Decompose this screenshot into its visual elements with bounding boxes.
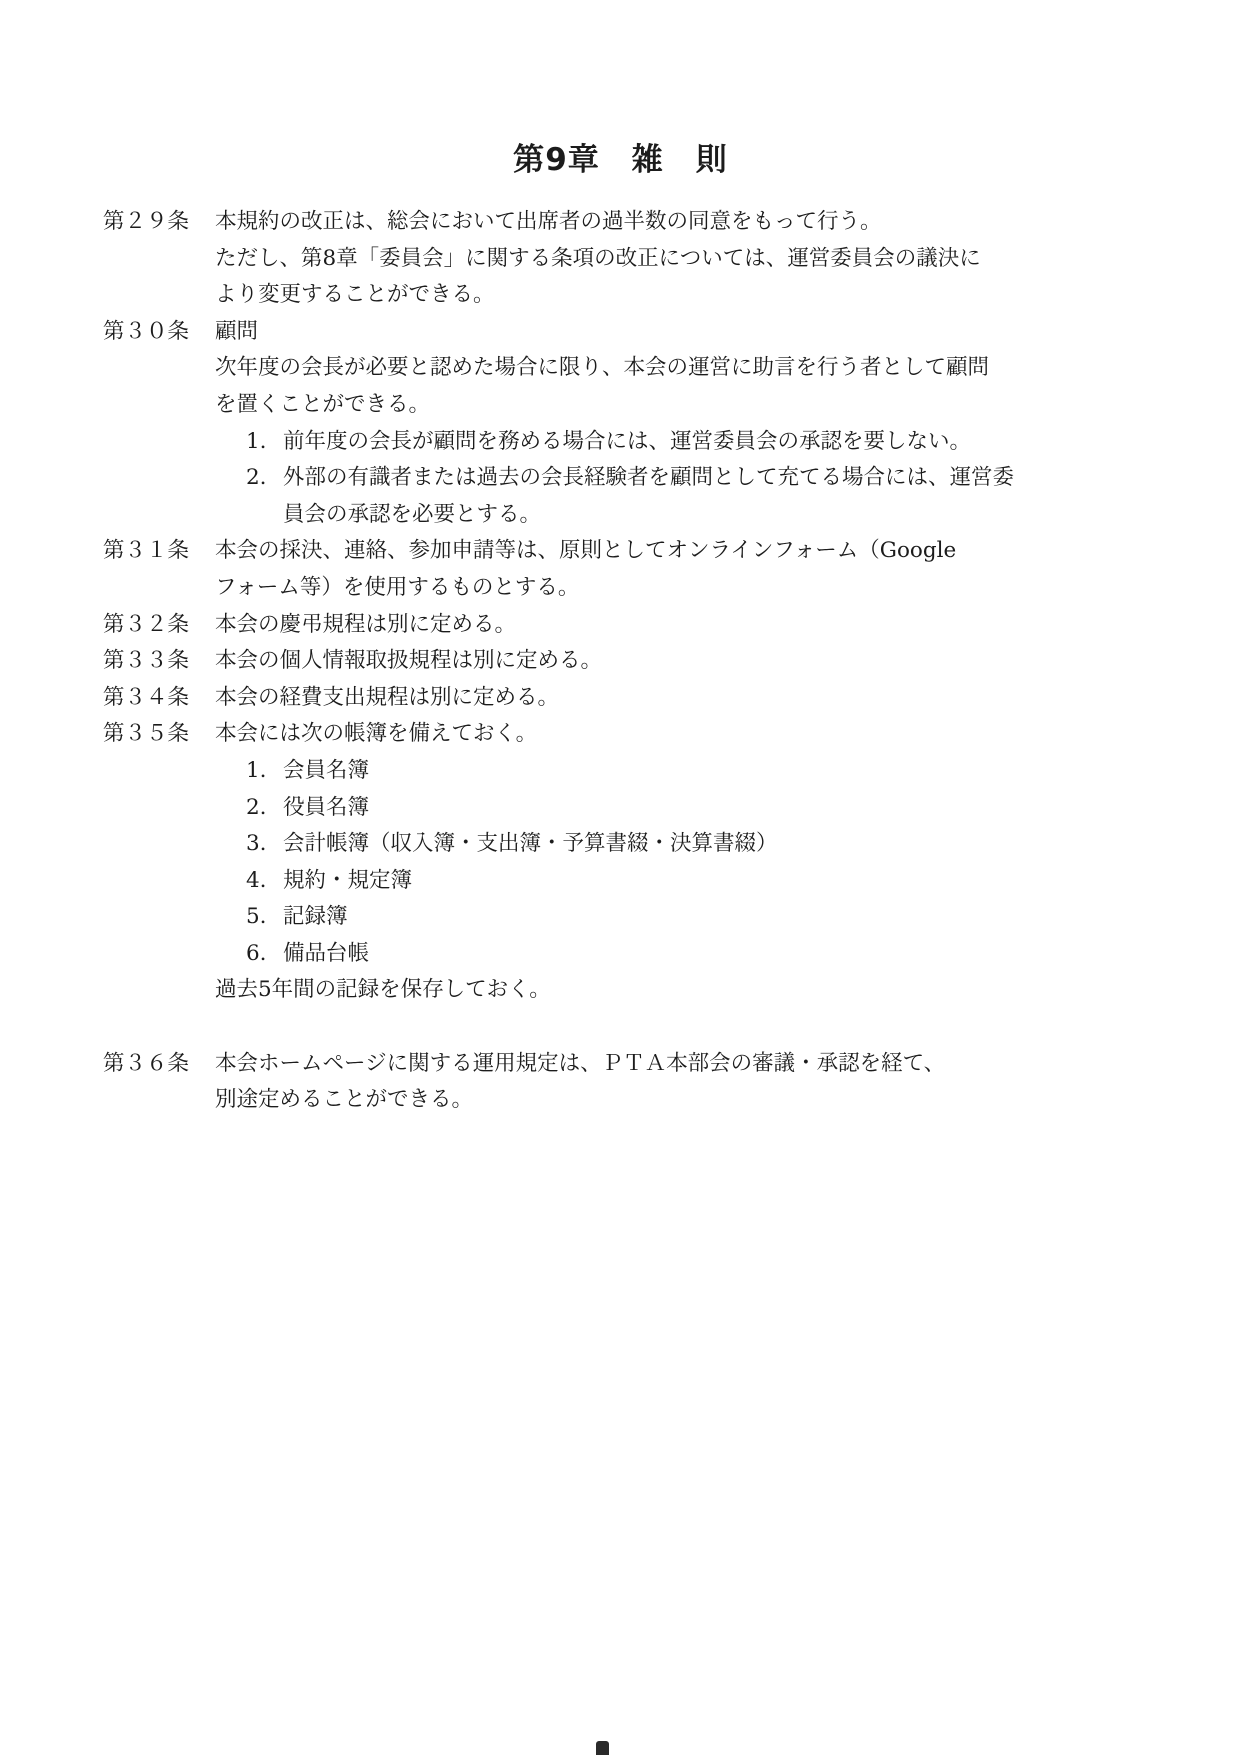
article-number: 第３４条 bbox=[103, 680, 215, 717]
article-body: 本会には次の帳簿を備えておく。 1. 会員名簿 2. 役員名簿 3. 会計帳簿（… bbox=[215, 716, 1175, 1009]
article-line: 本会には次の帳簿を備えておく。 bbox=[215, 716, 1175, 753]
article-number: 第３３条 bbox=[103, 643, 215, 680]
list-item: 1. 前年度の会長が顧問を務める場合には、運営委員会の承認を要しない。 bbox=[215, 424, 1175, 461]
article-line: 過去5年間の記録を保存しておく。 bbox=[215, 972, 1175, 1009]
list-item-text: 会計帳簿（収入簿・支出簿・予算書綴・決算書綴） bbox=[283, 826, 778, 863]
list-item-text: 役員名簿 bbox=[283, 790, 369, 827]
list-item-line: 会員名簿 bbox=[283, 753, 369, 790]
article-number: 第２９条 bbox=[103, 204, 215, 241]
list-item-text: 記録簿 bbox=[283, 899, 348, 936]
article-line: ただし、第8章「委員会」に関する条項の改正については、運営委員会の議決に bbox=[215, 241, 1175, 278]
article-32: 第３２条 本会の慶弔規程は別に定める。 bbox=[0, 607, 1241, 644]
list-item: 3. 会計帳簿（収入簿・支出簿・予算書綴・決算書綴） bbox=[215, 826, 1175, 863]
article-29: 第２９条 本規約の改正は、総会において出席者の過半数の同意をもって行う。 ただし… bbox=[0, 204, 1241, 314]
article-body: 顧問 次年度の会長が必要と認めた場合に限り、本会の運営に助言を行う者として顧問 … bbox=[215, 314, 1175, 534]
article-number: 第３２条 bbox=[103, 607, 215, 644]
article-body: 本会の経費支出規程は別に定める。 bbox=[215, 680, 1175, 717]
list-item-text: 前年度の会長が顧問を務める場合には、運営委員会の承認を要しない。 bbox=[283, 424, 971, 461]
list-item-number: 4. bbox=[246, 863, 283, 900]
article-35: 第３５条 本会には次の帳簿を備えておく。 1. 会員名簿 2. 役員名簿 3. … bbox=[0, 716, 1241, 1009]
blank-line-spacer bbox=[0, 1009, 1241, 1046]
list-item-line: 規約・規定簿 bbox=[283, 863, 412, 900]
list-item-number: 3. bbox=[246, 826, 283, 863]
list-item-text: 会員名簿 bbox=[283, 753, 369, 790]
article-body: 本会の採決、連絡、参加申請等は、原則としてオンラインフォーム（Google フォ… bbox=[215, 533, 1175, 606]
list-item-line: 員会の承認を必要とする。 bbox=[283, 497, 1014, 534]
chapter-title: 第9章 雑 則 bbox=[0, 140, 1241, 180]
list-item: 5. 記録簿 bbox=[215, 899, 1175, 936]
list-item-text: 備品台帳 bbox=[283, 936, 369, 973]
article-line: 別途定めることができる。 bbox=[215, 1082, 1175, 1119]
article-line: 本規約の改正は、総会において出席者の過半数の同意をもって行う。 bbox=[215, 204, 1175, 241]
article-34: 第３４条 本会の経費支出規程は別に定める。 bbox=[0, 680, 1241, 717]
article-31: 第３１条 本会の採決、連絡、参加申請等は、原則としてオンラインフォーム（Goog… bbox=[0, 533, 1241, 606]
article-30: 第３０条 顧問 次年度の会長が必要と認めた場合に限り、本会の運営に助言を行う者と… bbox=[0, 314, 1241, 534]
list-item-number: 1. bbox=[246, 424, 283, 461]
article-line: 本会の慶弔規程は別に定める。 bbox=[215, 607, 1175, 644]
list-item: 4. 規約・規定簿 bbox=[215, 863, 1175, 900]
article-body: 本会ホームページに関する運用規定は、ＰＴＡ本部会の審議・承認を経て、 別途定める… bbox=[215, 1046, 1175, 1119]
list-item-line: 外部の有識者または過去の会長経験者を顧問として充てる場合には、運営委 bbox=[283, 460, 1014, 497]
list-item-number: 2. bbox=[246, 790, 283, 827]
list-item-line: 前年度の会長が顧問を務める場合には、運営委員会の承認を要しない。 bbox=[283, 424, 971, 461]
list-item-line: 記録簿 bbox=[283, 899, 348, 936]
article-line: を置くことができる。 bbox=[215, 387, 1175, 424]
article-line: 本会ホームページに関する運用規定は、ＰＴＡ本部会の審議・承認を経て、 bbox=[215, 1046, 1175, 1083]
list-item-number: 5. bbox=[246, 899, 283, 936]
article-number: 第３６条 bbox=[103, 1046, 215, 1083]
list-item: 1. 会員名簿 bbox=[215, 753, 1175, 790]
article-body: 本会の慶弔規程は別に定める。 bbox=[215, 607, 1175, 644]
article-line: 本会の採決、連絡、参加申請等は、原則としてオンラインフォーム（Google bbox=[215, 533, 1175, 570]
article-36: 第３６条 本会ホームページに関する運用規定は、ＰＴＡ本部会の審議・承認を経て、 … bbox=[0, 1046, 1241, 1119]
list-item-text: 外部の有識者または過去の会長経験者を顧問として充てる場合には、運営委 員会の承認… bbox=[283, 460, 1014, 533]
article-line: フォーム等）を使用するものとする。 bbox=[215, 570, 1175, 607]
article-line: 本会の経費支出規程は別に定める。 bbox=[215, 680, 1175, 717]
list-item-line: 役員名簿 bbox=[283, 790, 369, 827]
article-number: 第３５条 bbox=[103, 716, 215, 753]
article-line: 次年度の会長が必要と認めた場合に限り、本会の運営に助言を行う者として顧問 bbox=[215, 350, 1175, 387]
article-body: 本規約の改正は、総会において出席者の過半数の同意をもって行う。 ただし、第8章「… bbox=[215, 204, 1175, 314]
article-line: 本会の個人情報取扱規程は別に定める。 bbox=[215, 643, 1175, 680]
list-item-line: 備品台帳 bbox=[283, 936, 369, 973]
article-number: 第３１条 bbox=[103, 533, 215, 570]
list-item-line: 会計帳簿（収入簿・支出簿・予算書綴・決算書綴） bbox=[283, 826, 778, 863]
list-item-number: 2. bbox=[246, 460, 283, 497]
article-body: 本会の個人情報取扱規程は別に定める。 bbox=[215, 643, 1175, 680]
list-item: 2. 外部の有識者または過去の会長経験者を顧問として充てる場合には、運営委 員会… bbox=[215, 460, 1175, 533]
list-item-number: 6. bbox=[246, 936, 283, 973]
article-33: 第３３条 本会の個人情報取扱規程は別に定める。 bbox=[0, 643, 1241, 680]
article-line: より変更することができる。 bbox=[215, 277, 1175, 314]
article-line: 顧問 bbox=[215, 314, 1175, 351]
list-item-text: 規約・規定簿 bbox=[283, 863, 412, 900]
list-item-number: 1. bbox=[246, 753, 283, 790]
article-number: 第３０条 bbox=[103, 314, 215, 351]
list-item: 6. 備品台帳 bbox=[215, 936, 1175, 973]
page-bottom-artifact bbox=[596, 1741, 609, 1755]
list-item: 2. 役員名簿 bbox=[215, 790, 1175, 827]
document-page: 第9章 雑 則 第２９条 本規約の改正は、総会において出席者の過半数の同意をもっ… bbox=[0, 0, 1241, 1755]
